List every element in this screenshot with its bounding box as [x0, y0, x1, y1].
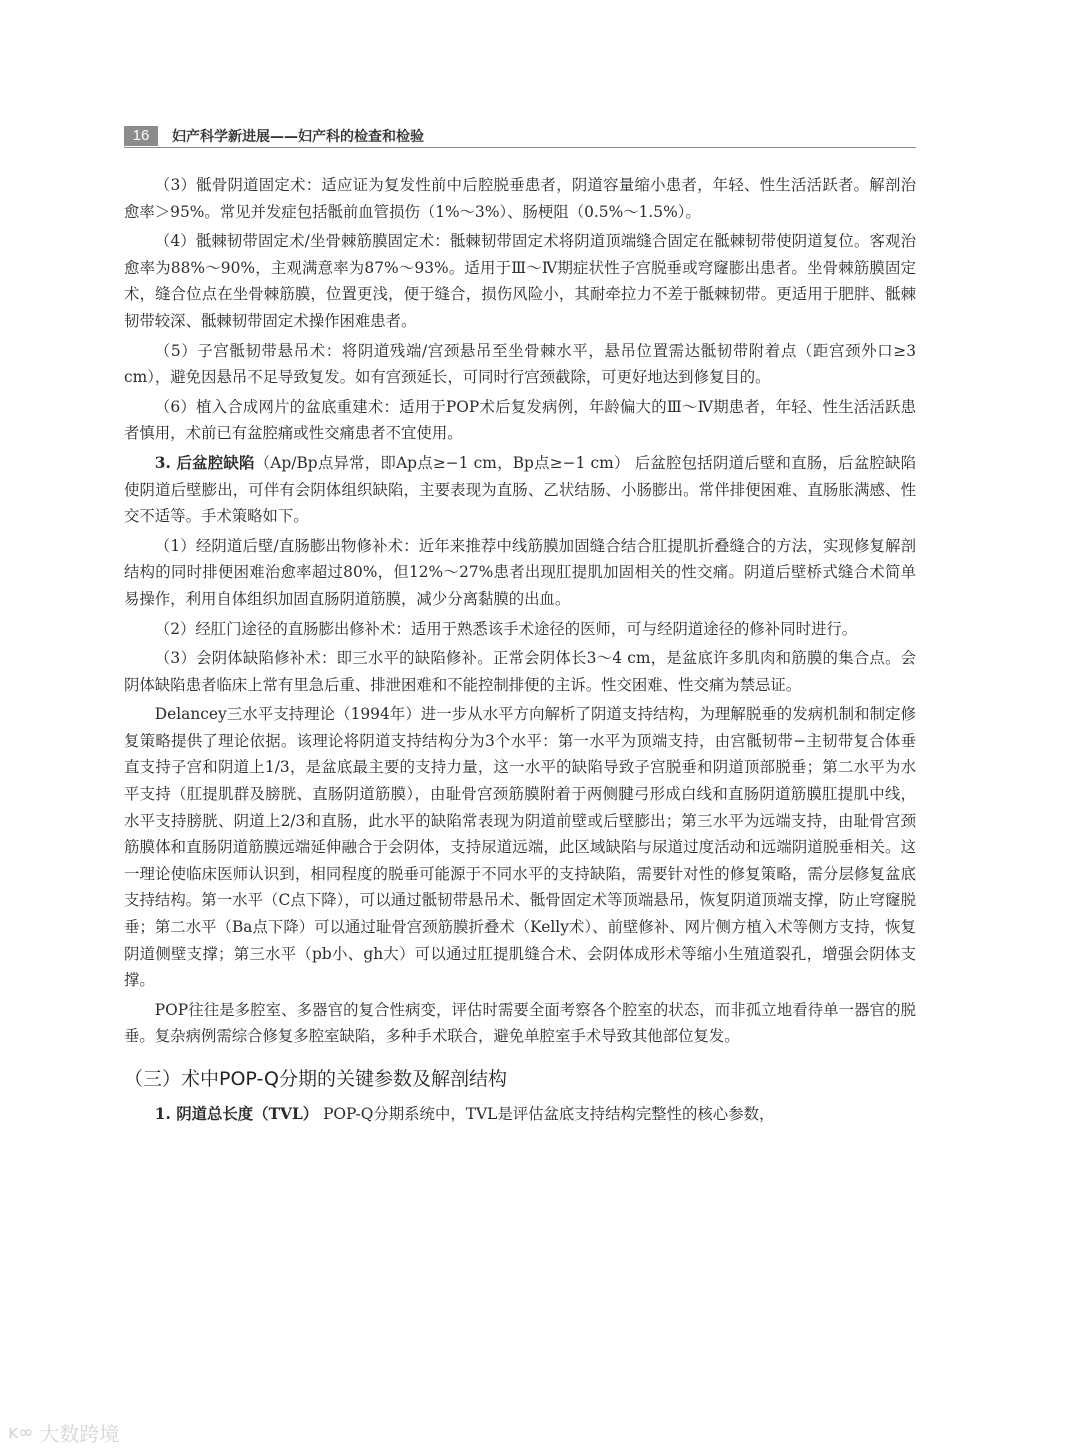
tvl-heading: 1. 阴道总长度（TVL）: [155, 1105, 318, 1123]
paragraph-posterior-repair: （1）经阴道后壁/直肠膨出物修补术：近年来推荐中线筋膜加固缝合结合肛提肌折叠缝合…: [124, 533, 916, 613]
book-title: 妇产科学新进展——妇产科的检查和检验: [172, 126, 424, 146]
paragraph-sacrospinous: （4）骶棘韧带固定术/坐骨棘筋膜固定术：骶棘韧带固定术将阴道顶端缝合固定在骶棘韧…: [124, 228, 916, 334]
section-heading: （三）术中POP-Q分期的关键参数及解剖结构: [124, 1066, 916, 1093]
posterior-defect-heading: 3. 后盆腔缺陷: [155, 454, 255, 472]
watermark-logo-icon: ᴋ∞: [8, 1422, 33, 1443]
paragraph-mesh: （6）植入合成网片的盆底重建术：适用于POP术后复发病例，年龄偏大的Ⅲ～Ⅳ期患者…: [124, 394, 916, 447]
running-header: 16 妇产科学新进展——妇产科的检查和检验: [124, 125, 916, 148]
tvl-text: POP-Q分期系统中，TVL是评估盆底支持结构完整性的核心参数，: [318, 1105, 774, 1123]
paragraph-posterior-defect: 3. 后盆腔缺陷（Ap/Bp点异常，即Ap点≥−1 cm，Bp点≥−1 cm） …: [124, 450, 916, 530]
page-content: （3）骶骨阴道固定术：适应证为复发性前中后腔脱垂患者，阴道容量缩小患者，年轻、性…: [124, 172, 916, 1127]
paragraph-delancey: Delancey三水平支持理论（1994年）进一步从水平方向解析了阴道支持结构，…: [124, 701, 916, 994]
paragraph-transanal-repair: （2）经肛门途径的直肠膨出修补术：适用于熟悉该手术途径的医师，可与经阴道途径的修…: [124, 616, 916, 643]
paragraph-tvl: 1. 阴道总长度（TVL） POP-Q分期系统中，TVL是评估盆底支持结构完整性…: [124, 1101, 916, 1128]
watermark: ᴋ∞ 大数跨境: [8, 1418, 119, 1447]
paragraph-pop-summary: POP往往是多腔室、多器官的复合性病变，评估时需要全面考察各个腔室的状态，而非孤…: [124, 997, 916, 1050]
watermark-text: 大数跨境: [39, 1418, 119, 1447]
paragraph-sacrocolpopexy: （3）骶骨阴道固定术：适应证为复发性前中后腔脱垂患者，阴道容量缩小患者，年轻、性…: [124, 172, 916, 225]
paragraph-perineal-repair: （3）会阴体缺陷修补术：即三水平的缺陷修补。正常会阴体长3～4 cm，是盆底许多…: [124, 645, 916, 698]
page-number: 16: [124, 126, 158, 146]
paragraph-uterosacral: （5）子宫骶韧带悬吊术：将阴道残端/宫颈悬吊至坐骨棘水平，悬吊位置需达骶韧带附着…: [124, 338, 916, 391]
